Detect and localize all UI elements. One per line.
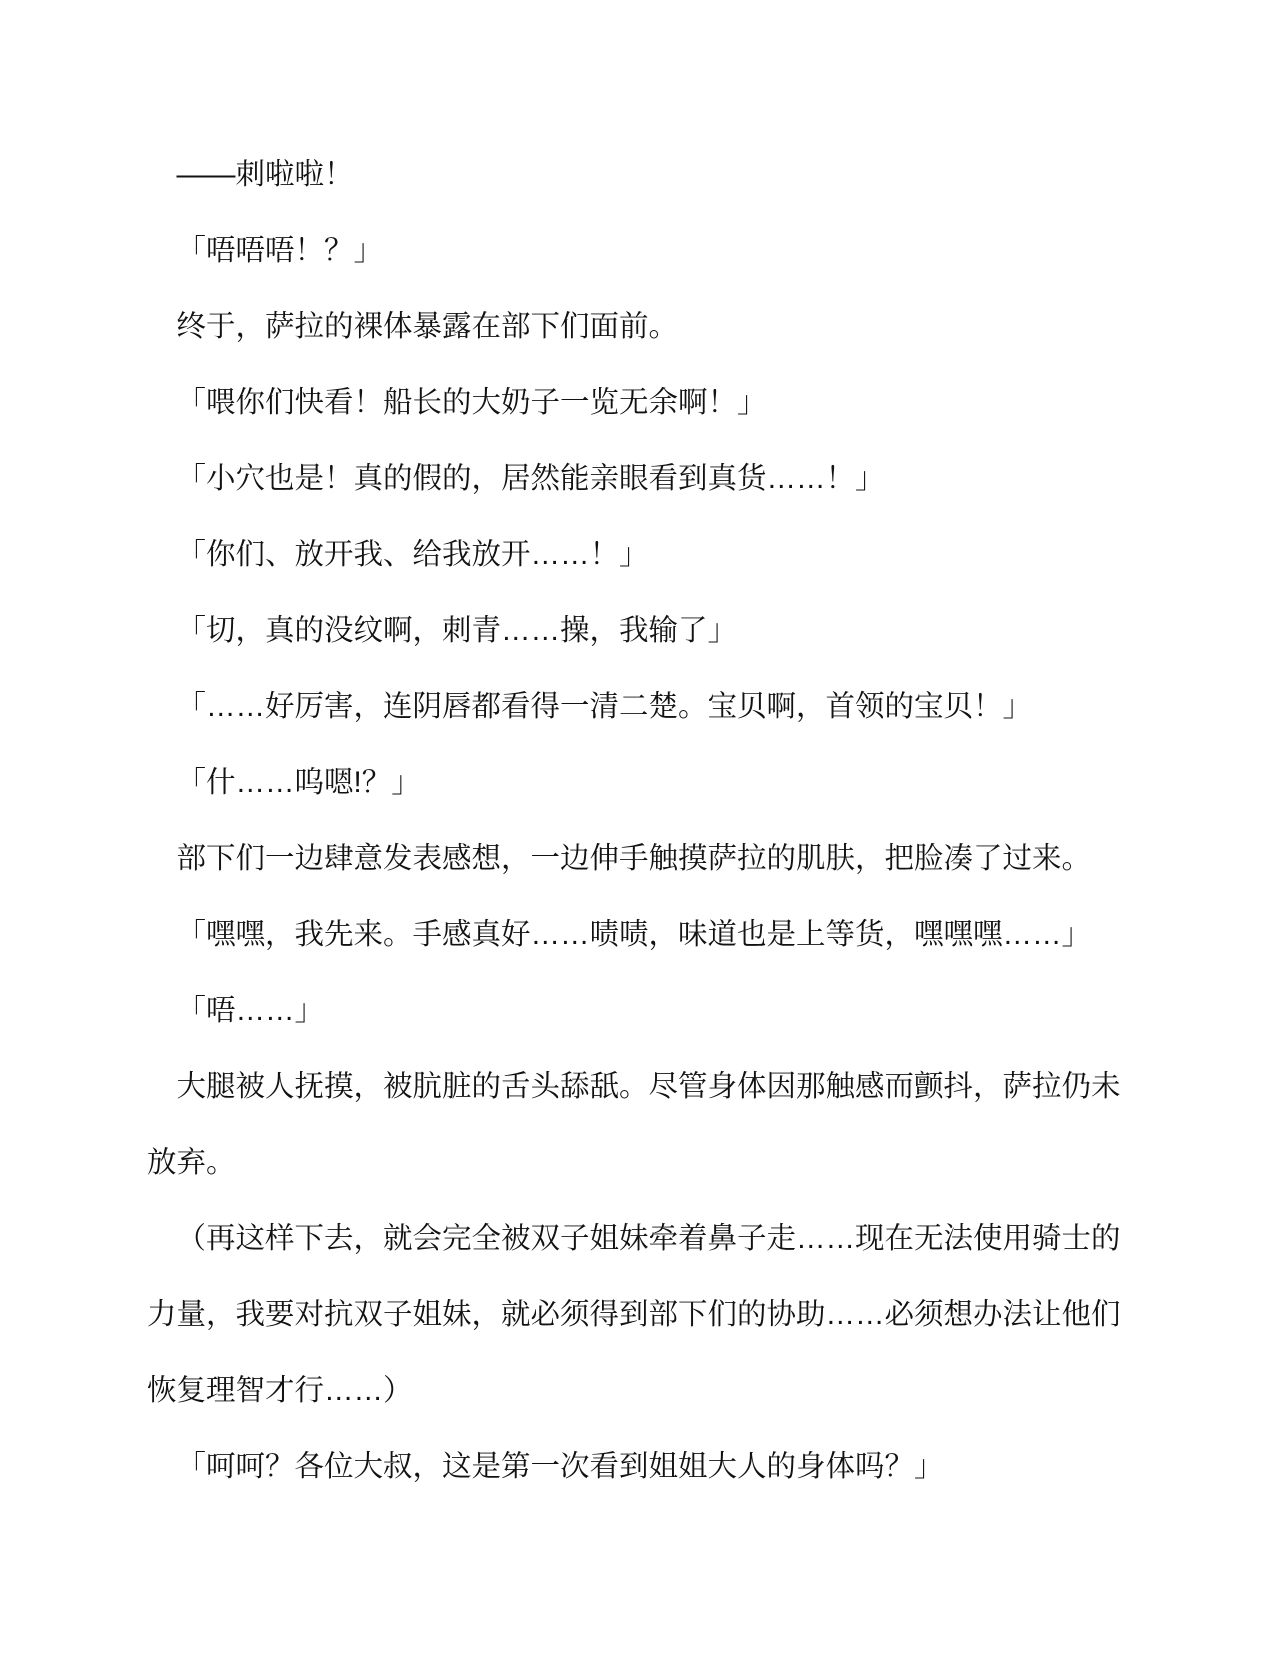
paragraph: 「小穴也是！真的假的，居然能亲眼看到真货……！」: [147, 441, 1135, 517]
paragraph: 「切，真的没纹啊，刺青……操，我输了」: [147, 593, 1135, 669]
paragraph: 「你们、放开我、给我放开……！」: [147, 517, 1135, 593]
paragraph: 部下们一边肆意发表感想，一边伸手触摸萨拉的肌肤，把脸凑了过来。: [147, 821, 1135, 897]
paragraph: 「喂你们快看！船长的大奶子一览无余啊！」: [147, 365, 1135, 441]
paragraph: 「唔……」: [147, 973, 1135, 1049]
paragraph: 大腿被人抚摸，被肮脏的舌头舔舐。尽管身体因那触感而颤抖，萨拉仍未放弃。: [147, 1049, 1135, 1201]
document-page: ——刺啦啦！「唔唔唔！？」终于，萨拉的裸体暴露在部下们面前。「喂你们快看！船长的…: [0, 0, 1280, 1656]
paragraph: 终于，萨拉的裸体暴露在部下们面前。: [147, 289, 1135, 365]
paragraph: 「嘿嘿，我先来。手感真好……啧啧，味道也是上等货，嘿嘿嘿……」: [147, 897, 1135, 973]
paragraph: 「呵呵？各位大叔，这是第一次看到姐姐大人的身体吗？」: [147, 1429, 1135, 1505]
paragraph: （再这样下去，就会完全被双子姐妹牵着鼻子走……现在无法使用骑士的力量，我要对抗双…: [147, 1201, 1135, 1429]
paragraph: ——刺啦啦！: [147, 137, 1135, 213]
paragraph: 「唔唔唔！？」: [147, 213, 1135, 289]
paragraph: 「……好厉害，连阴唇都看得一清二楚。宝贝啊，首领的宝贝！」: [147, 669, 1135, 745]
paragraph: 「什……呜嗯!？」: [147, 745, 1135, 821]
